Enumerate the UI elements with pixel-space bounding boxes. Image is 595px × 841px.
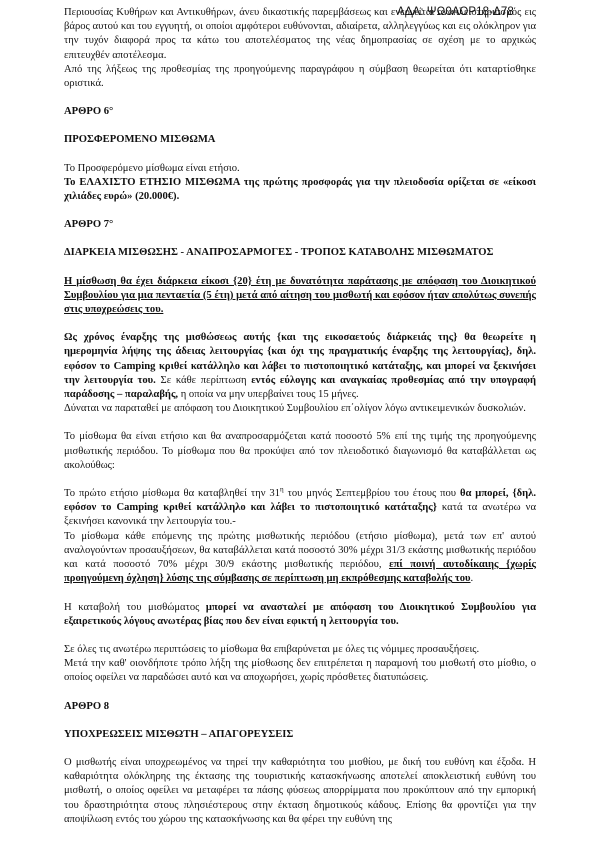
article-6-minimum-rent: Το ΕΛΑΧΙΣΤΟ ΕΤΗΣΙΟ ΜΙΣΘΩΜΑ της πρώτης πρ… xyxy=(64,176,536,204)
start-normal-text: Σε κάθε περίπτωση xyxy=(156,375,251,386)
document-page: Περιουσίας Κυθήρων και Αντικυθήρων, άνευ… xyxy=(64,6,536,827)
first-rent-text-a: Το πρώτο ετήσιο μίσθωμα θα καταβληθεί τη… xyxy=(64,488,280,499)
article-8-body: Ο μισθωτής είναι υποχρεωμένος να τηρεί τ… xyxy=(64,756,536,827)
article-6-number: ΑΡΘΡΟ 6° xyxy=(64,105,536,119)
article-7-next-rent: Το μίσθωμα κάθε επόμενης της πρώτης μισθ… xyxy=(64,530,536,587)
article-7-surcharges: Σε όλες τις ανωτέρω περιπτώσεις το μίσθω… xyxy=(64,643,536,657)
article-7-duration: Η μίσθωση θα έχει διάρκεια είκοσι {20} έ… xyxy=(64,275,536,318)
article-7-suspension: Η καταβολή του μισθώματος μπορεί να ανασ… xyxy=(64,601,536,629)
article-6-title: ΠΡΟΣΦΕΡΟΜΕΝΟ ΜΙΣΘΩΜΑ xyxy=(64,133,536,147)
article-7-start-paragraph: Ως χρόνος έναρξης της μισθώσεως αυτής {κ… xyxy=(64,331,536,402)
article-7-first-rent: Το πρώτο ετήσιο μίσθωμα θα καταβληθεί τη… xyxy=(64,487,536,530)
next-rent-end: . xyxy=(471,573,474,584)
article-7-end-of-lease: Μετά την καθ' οιονδήποτε τρόπο λήξη της … xyxy=(64,657,536,685)
article-6-line-1: Το Προσφερόμενο μίσθωμα είναι ετήσιο. xyxy=(64,162,536,176)
suspension-text: Η καταβολή του μισθώματος xyxy=(64,602,206,613)
article-8-number: ΑΡΘΡΟ 8 xyxy=(64,700,536,714)
article-7-title: ΔΙΑΡΚΕΙΑ ΜΙΣΘΩΣΗΣ - ΑΝΑΠΡΟΣΑΡΜΟΓΕΣ - ΤΡΟ… xyxy=(64,246,536,260)
article-8-title: ΥΠΟΧΡΕΩΣΕΙΣ ΜΙΣΘΩΤΗ – ΑΠΑΓΟΡΕΥΣΕΙΣ xyxy=(64,728,536,742)
article-7-extension: Δύναται να παραταθεί με απόφαση του Διοι… xyxy=(64,402,536,416)
intro-paragraph-2: Από της λήξεως της προθεσμίας της προηγο… xyxy=(64,63,536,91)
article-7-number: ΑΡΘΡΟ 7° xyxy=(64,218,536,232)
intro-paragraph-1: Περιουσίας Κυθήρων και Αντικυθήρων, άνευ… xyxy=(64,6,536,63)
first-rent-text-b: του μηνός Σεπτεμβρίου του έτους που xyxy=(284,488,460,499)
start-normal-text-2: η οποία να μην υπερβαίνει τους 15 μήνες. xyxy=(178,389,359,400)
article-7-rent-adjustment: Το μίσθωμα θα είναι ετήσιο και θα αναπρο… xyxy=(64,430,536,473)
